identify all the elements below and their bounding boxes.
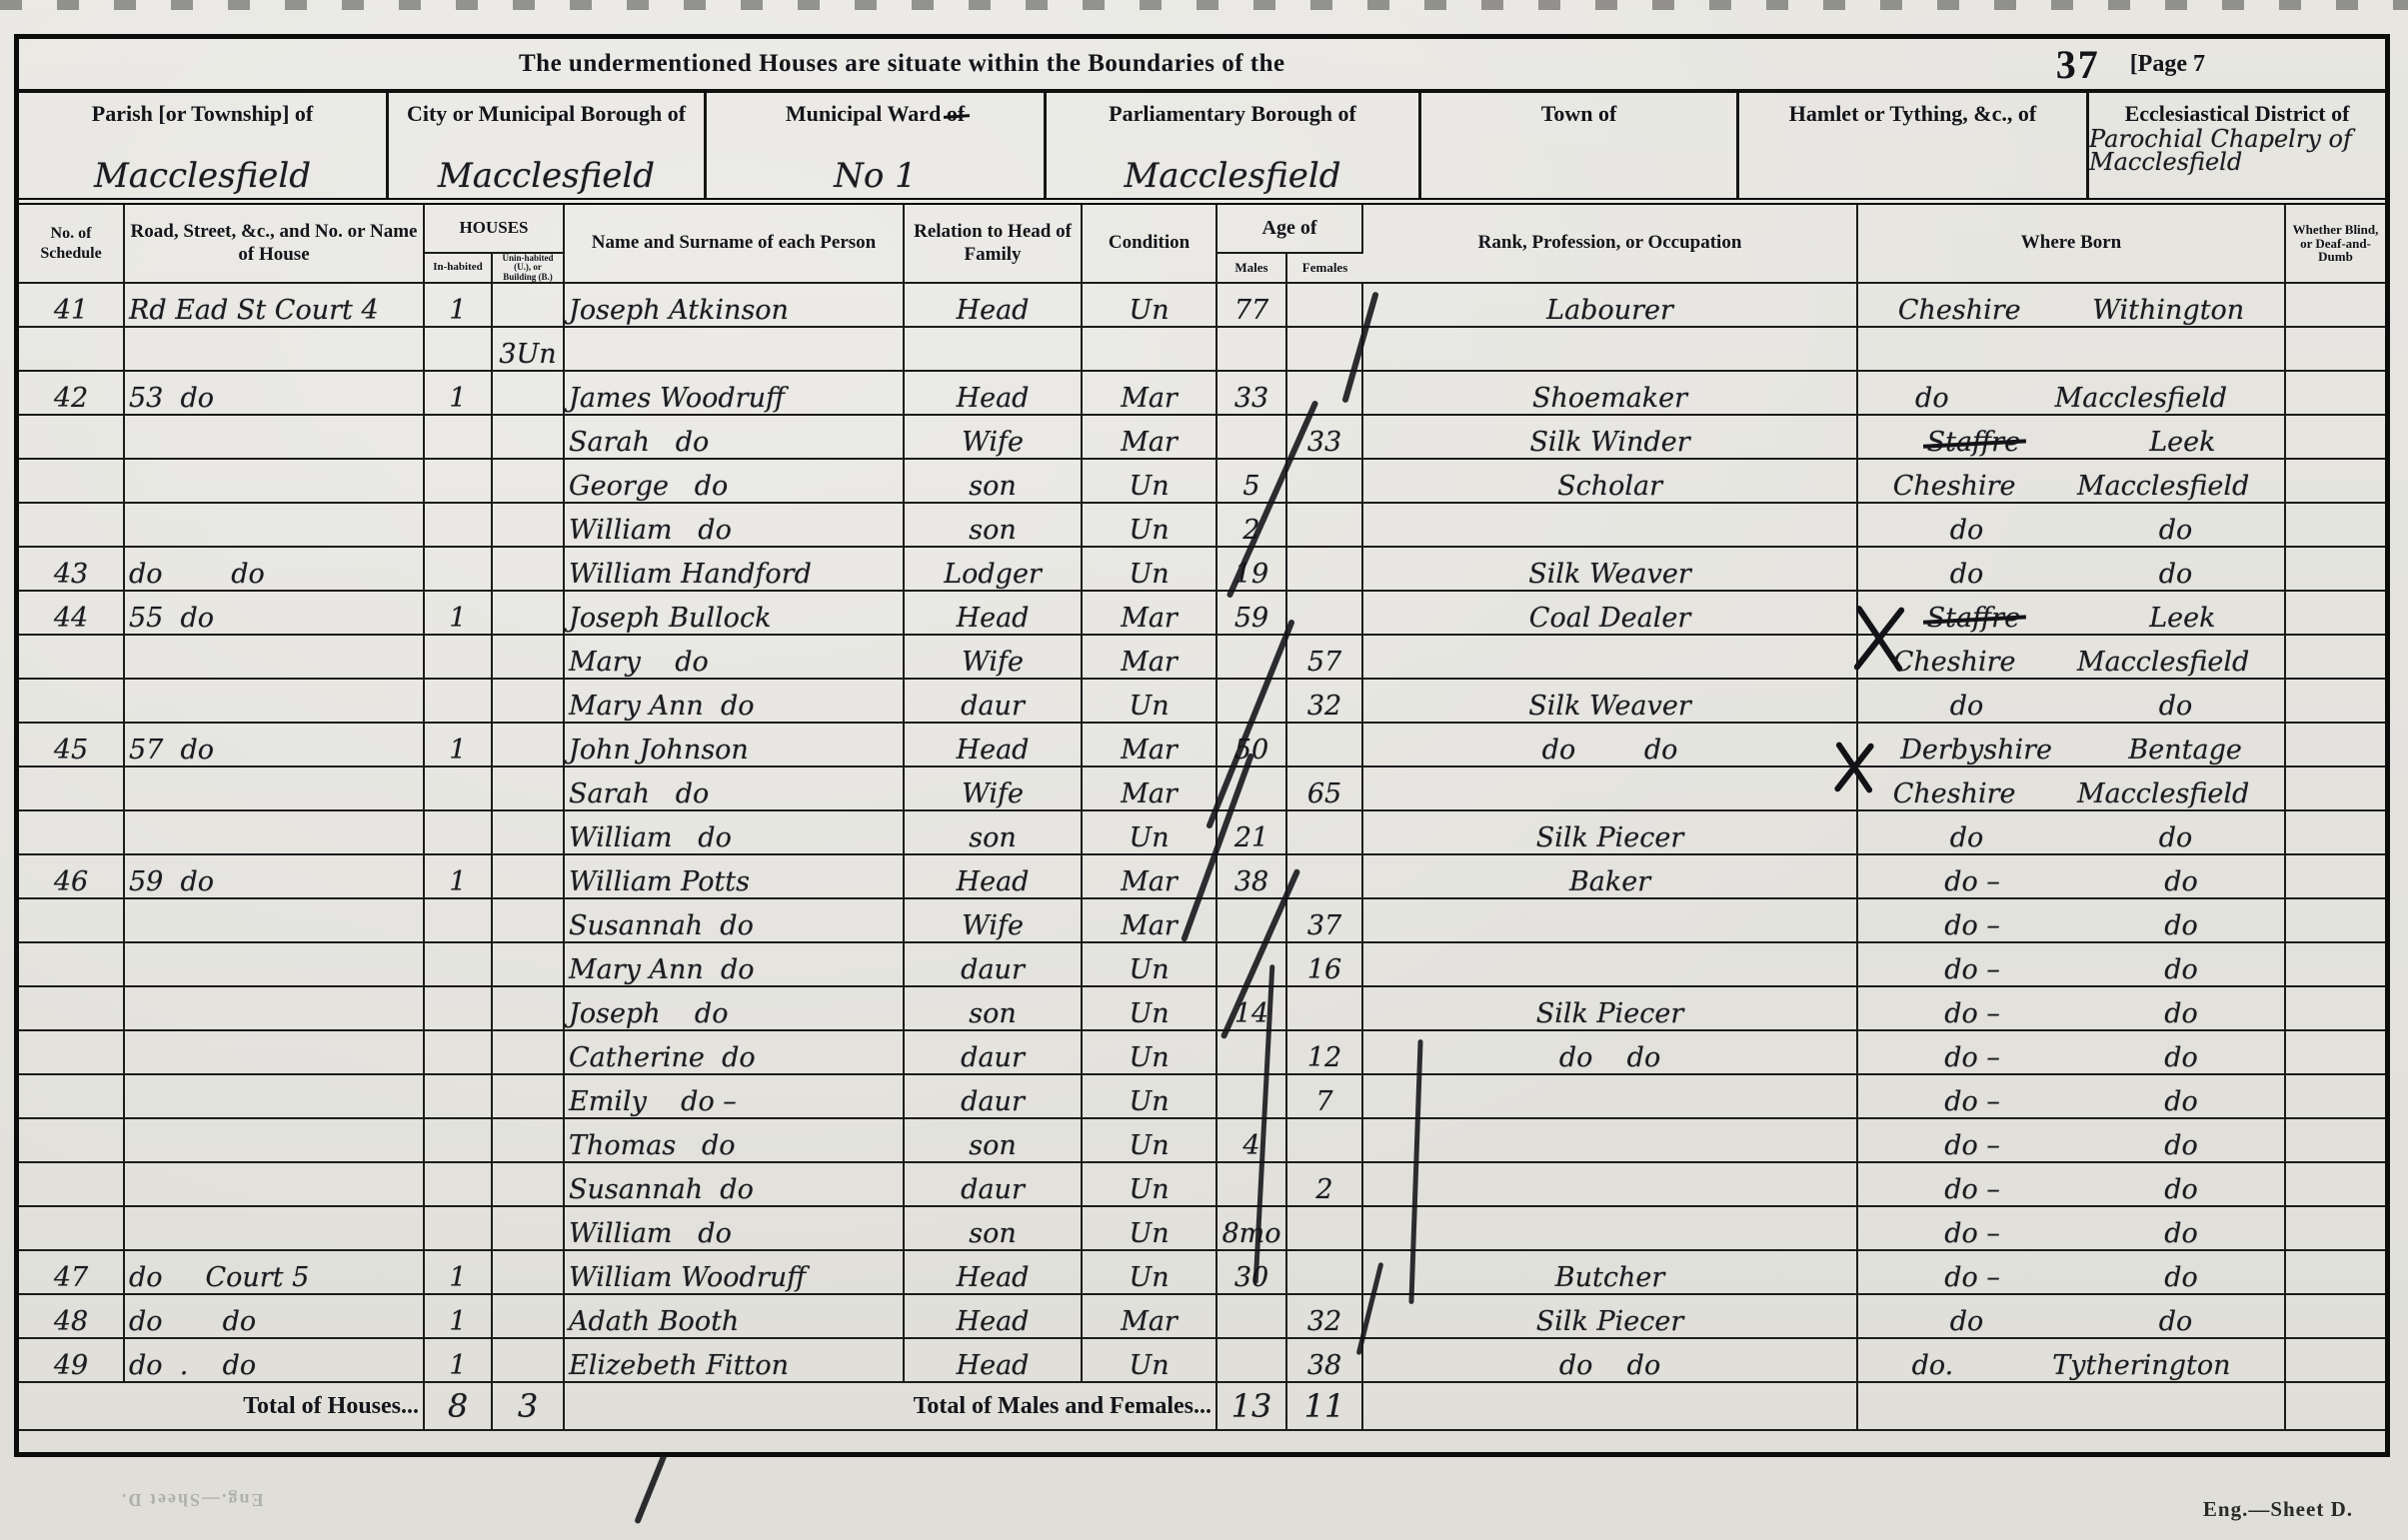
- cell-name: George do: [564, 459, 904, 503]
- census-record-row: 43 do do William Handford Lodger Un 19 S…: [19, 547, 2385, 591]
- cell-infirm: [2285, 1074, 2385, 1118]
- cell-road: 59 do: [124, 854, 424, 898]
- cell-age-female: [1286, 503, 1362, 547]
- cell-age-female: 2: [1286, 1162, 1362, 1206]
- cell-relation: daur: [904, 942, 1082, 986]
- cell-born: dodo: [1857, 1294, 2285, 1338]
- cell-name: John Johnson: [564, 723, 904, 767]
- census-record-row: Joseph do son Un 14 Silk Piecer do –do: [19, 986, 2385, 1030]
- cell-born: do –do: [1857, 1074, 2285, 1118]
- cell-road: 53 do: [124, 371, 424, 415]
- cell-age-male: 30: [1216, 1250, 1286, 1294]
- cell-occupation: do do: [1362, 723, 1857, 767]
- col-relation: Relation to Head of Family: [904, 205, 1082, 283]
- cell-name: Joseph Atkinson: [564, 283, 904, 327]
- cell-born-county: Derbyshire: [1900, 735, 2052, 766]
- cell-relation: Head: [904, 1294, 1082, 1338]
- census-record-row: Sarah do Wife Mar 33 Silk Winder Staffre…: [19, 415, 2385, 459]
- cell-born: StaffreLeek: [1857, 415, 2285, 459]
- cell-born-place: do: [2159, 515, 2193, 546]
- cell-road: [124, 459, 424, 503]
- cell-born: CheshireMacclesfield: [1857, 767, 2285, 810]
- total-blank-born: [1857, 1382, 2285, 1430]
- cell-age-male: 2: [1216, 503, 1286, 547]
- cell-inhabited: [424, 1074, 492, 1118]
- cell-born-county: do: [1950, 1306, 1984, 1337]
- cell-occupation: [1362, 1206, 1857, 1250]
- col-females: Females: [1286, 253, 1362, 283]
- total-uninhabited: 3: [492, 1382, 564, 1430]
- district-ecclesiastical: Ecclesiastical District of Parochial Cha…: [2089, 93, 2385, 198]
- cell-infirm: [2285, 459, 2385, 503]
- cell-born: do –do: [1857, 1206, 2285, 1250]
- cell-infirm: [2285, 371, 2385, 415]
- cell-name: Susannah do: [564, 898, 904, 942]
- cell-born-place: do: [2164, 954, 2198, 985]
- title-band: The undermentioned Houses are situate wi…: [19, 39, 2385, 93]
- cell-occupation: Silk Winder: [1362, 415, 1857, 459]
- cell-infirm: [2285, 1250, 2385, 1294]
- cell-age-female: 33: [1286, 415, 1362, 459]
- cell-uninhabited: [492, 898, 564, 942]
- cell-age-male: 5: [1216, 459, 1286, 503]
- cell-uninhabited: [492, 810, 564, 854]
- cell-age-male: [1216, 327, 1286, 371]
- cell-relation: daur: [904, 1030, 1082, 1074]
- cell-infirm: [2285, 327, 2385, 371]
- cell-age-male: [1216, 942, 1286, 986]
- cell-born-county: Cheshire: [1893, 778, 2016, 809]
- cell-road: [124, 986, 424, 1030]
- cell-road: [124, 1206, 424, 1250]
- cell-uninhabited: [492, 415, 564, 459]
- cell-born-place: do: [2159, 822, 2193, 853]
- cell-uninhabited: [492, 283, 564, 327]
- col-occupation: Rank, Profession, or Occupation: [1362, 205, 1857, 283]
- cell-name: Catherine do: [564, 1030, 904, 1074]
- district-ward-value: No 1: [834, 156, 917, 196]
- cell-infirm: [2285, 1162, 2385, 1206]
- total-blank-occupation: [1362, 1382, 1857, 1430]
- census-record-row: 3Un: [19, 327, 2385, 371]
- cell-road: [124, 503, 424, 547]
- cell-infirm: [2285, 635, 2385, 679]
- cell-born: dodo: [1857, 810, 2285, 854]
- col-condition: Condition: [1082, 205, 1216, 283]
- cell-born-county: do –: [1944, 1262, 2000, 1293]
- cell-born-county: do –: [1944, 910, 2000, 941]
- cell-relation: Wife: [904, 635, 1082, 679]
- cell-schedule: [19, 415, 124, 459]
- cell-born-county: do: [1915, 383, 1949, 414]
- struck-of: of: [947, 101, 965, 126]
- cell-name: [564, 327, 904, 371]
- district-borough-label: City or Municipal Borough of: [407, 101, 686, 126]
- cell-condition: Un: [1082, 1206, 1216, 1250]
- cell-name: William do: [564, 1206, 904, 1250]
- cell-born: DerbyshireBentage: [1857, 723, 2285, 767]
- census-record-row: Catherine do daur Un 12 do do do –do: [19, 1030, 2385, 1074]
- cell-schedule: [19, 1030, 124, 1074]
- cell-born: do –do: [1857, 1030, 2285, 1074]
- cell-uninhabited: [492, 1030, 564, 1074]
- cell-born: doMacclesfield: [1857, 371, 2285, 415]
- cell-occupation: [1362, 503, 1857, 547]
- cell-born-place: Macclesfield: [2055, 383, 2227, 414]
- cell-occupation: Silk Piecer: [1362, 986, 1857, 1030]
- cell-uninhabited: [492, 591, 564, 635]
- cell-condition: Mar: [1082, 767, 1216, 810]
- cell-infirm: [2285, 547, 2385, 591]
- cell-occupation: [1362, 767, 1857, 810]
- cell-uninhabited: [492, 1206, 564, 1250]
- cell-road: [124, 635, 424, 679]
- cell-occupation: do do: [1362, 1338, 1857, 1382]
- cell-born-place: Leek: [2149, 603, 2215, 634]
- totals-row: Total of Houses... 8 3 Total of Males an…: [19, 1382, 2385, 1430]
- cell-relation: Head: [904, 854, 1082, 898]
- cell-road: do Court 5: [124, 1250, 424, 1294]
- cell-condition: Mar: [1082, 854, 1216, 898]
- cell-age-female: [1286, 459, 1362, 503]
- cell-age-female: [1286, 810, 1362, 854]
- cell-schedule: [19, 635, 124, 679]
- cell-road: [124, 327, 424, 371]
- cell-age-female: [1286, 1118, 1362, 1162]
- cell-born-place: Macclesfield: [2077, 647, 2249, 678]
- district-parliamentary-label: Parliamentary Borough of: [1109, 101, 1356, 126]
- cell-born-place: Macclesfield: [2077, 778, 2249, 809]
- cell-born-county: Cheshire: [1898, 295, 2021, 326]
- cell-occupation: Shoemaker: [1362, 371, 1857, 415]
- district-parish-label: Parish [or Township] of: [92, 101, 313, 126]
- cell-condition: Mar: [1082, 898, 1216, 942]
- cell-schedule: [19, 986, 124, 1030]
- cell-schedule: 48: [19, 1294, 124, 1338]
- cell-schedule: 44: [19, 591, 124, 635]
- cell-born-county: do –: [1944, 1086, 2000, 1117]
- district-header-row: Parish [or Township] of Macclesfield Cit…: [19, 93, 2385, 205]
- cell-uninhabited: [492, 723, 564, 767]
- col-schedule: No. of Schedule: [19, 205, 124, 283]
- census-record-row: Thomas do son Un 4 do –do: [19, 1118, 2385, 1162]
- cell-born-county: do –: [1944, 998, 2000, 1029]
- cell-infirm: [2285, 1206, 2385, 1250]
- cell-born-place: Withington: [2092, 295, 2244, 326]
- cell-name: William Woodruff: [564, 1250, 904, 1294]
- district-ward: Municipal Ward of No 1: [707, 93, 1047, 198]
- cell-schedule: [19, 503, 124, 547]
- cell-relation: son: [904, 1118, 1082, 1162]
- cell-age-female: 57: [1286, 635, 1362, 679]
- cell-inhabited: 1: [424, 591, 492, 635]
- cell-name: Mary Ann do: [564, 679, 904, 723]
- cell-relation: Head: [904, 371, 1082, 415]
- cell-schedule: 47: [19, 1250, 124, 1294]
- total-males: 13: [1216, 1382, 1286, 1430]
- cell-born: dodo: [1857, 679, 2285, 723]
- cell-uninhabited: 3Un: [492, 327, 564, 371]
- cell-condition: Un: [1082, 1338, 1216, 1382]
- cell-born-county: do –: [1944, 1218, 2000, 1249]
- cell-born-place: do: [2164, 1130, 2198, 1161]
- cell-age-female: 37: [1286, 898, 1362, 942]
- census-record-row: Mary do Wife Mar 57 CheshireMacclesfield: [19, 635, 2385, 679]
- cell-relation: Head: [904, 1250, 1082, 1294]
- cell-uninhabited: [492, 1250, 564, 1294]
- cell-condition: Mar: [1082, 1294, 1216, 1338]
- cell-inhabited: [424, 679, 492, 723]
- cell-uninhabited: [492, 679, 564, 723]
- cell-condition: Un: [1082, 1250, 1216, 1294]
- cell-inhabited: [424, 459, 492, 503]
- cell-name: Emily do –: [564, 1074, 904, 1118]
- cell-relation: son: [904, 459, 1082, 503]
- page-number-label: [Page 7: [2130, 51, 2205, 78]
- cell-born-county: do –: [1944, 1042, 2000, 1073]
- col-name: Name and Surname of each Person: [564, 205, 904, 283]
- cell-born: dodo: [1857, 547, 2285, 591]
- cell-born-place: do: [2164, 866, 2198, 897]
- census-record-row: 46 59 do 1 William Potts Head Mar 38 Bak…: [19, 854, 2385, 898]
- district-borough-value: Macclesfield: [438, 156, 655, 196]
- cell-condition: Mar: [1082, 591, 1216, 635]
- cell-inhabited: 1: [424, 1250, 492, 1294]
- cell-occupation: Silk Piecer: [1362, 810, 1857, 854]
- district-parish-value: Macclesfield: [94, 156, 311, 196]
- cell-name: Sarah do: [564, 415, 904, 459]
- cell-uninhabited: [492, 459, 564, 503]
- cell-relation: Head: [904, 723, 1082, 767]
- cell-infirm: [2285, 283, 2385, 327]
- cell-condition: Un: [1082, 283, 1216, 327]
- district-town: Town of: [1421, 93, 1739, 198]
- cell-age-female: 65: [1286, 767, 1362, 810]
- cell-age-male: 38: [1216, 854, 1286, 898]
- cell-road: [124, 1162, 424, 1206]
- cell-born: StaffreLeek: [1857, 591, 2285, 635]
- cell-condition: Mar: [1082, 635, 1216, 679]
- total-blank-infirm: [2285, 1382, 2385, 1430]
- cell-uninhabited: [492, 1294, 564, 1338]
- cell-relation: Head: [904, 1338, 1082, 1382]
- district-borough: City or Municipal Borough of Macclesfiel…: [389, 93, 707, 198]
- cell-age-female: 38: [1286, 1338, 1362, 1382]
- cell-relation: daur: [904, 1074, 1082, 1118]
- cell-born-county: do –: [1944, 866, 2000, 897]
- cell-relation: son: [904, 503, 1082, 547]
- cell-inhabited: 1: [424, 371, 492, 415]
- cell-born-place: do: [2164, 1174, 2198, 1205]
- cell-road: [124, 767, 424, 810]
- cell-age-male: [1216, 1162, 1286, 1206]
- cell-condition: [1082, 327, 1216, 371]
- cell-schedule: [19, 810, 124, 854]
- cell-infirm: [2285, 767, 2385, 810]
- cell-born-place: do: [2164, 1086, 2198, 1117]
- cell-road: [124, 1030, 424, 1074]
- cell-road: [124, 1074, 424, 1118]
- cell-age-male: 50: [1216, 723, 1286, 767]
- cell-age-female: [1286, 591, 1362, 635]
- cell-uninhabited: [492, 986, 564, 1030]
- cell-occupation: [1362, 1162, 1857, 1206]
- page-title: The undermentioned Houses are situate wi…: [519, 50, 1285, 78]
- cell-schedule: [19, 1162, 124, 1206]
- cell-uninhabited: [492, 371, 564, 415]
- cell-road: Rd Ead St Court 4: [124, 283, 424, 327]
- cell-inhabited: [424, 986, 492, 1030]
- cell-born: CheshireMacclesfield: [1857, 459, 2285, 503]
- cell-inhabited: [424, 898, 492, 942]
- cell-uninhabited: [492, 942, 564, 986]
- cell-occupation: Silk Weaver: [1362, 547, 1857, 591]
- cell-relation: son: [904, 1206, 1082, 1250]
- census-record-row: William do son Un 2 dodo: [19, 503, 2385, 547]
- cell-born-place: do: [2164, 1218, 2198, 1249]
- cell-road: 57 do: [124, 723, 424, 767]
- census-rows: 41 Rd Ead St Court 4 1 Joseph Atkinson H…: [19, 283, 2385, 1382]
- cell-born-county: Staffre: [1927, 427, 2020, 458]
- cell-born-place: Bentage: [2128, 735, 2241, 766]
- cell-age-female: 32: [1286, 679, 1362, 723]
- col-infirm: Whether Blind, or Deaf-and-Dumb: [2285, 205, 2385, 283]
- cell-road: do do: [124, 547, 424, 591]
- cell-inhabited: [424, 415, 492, 459]
- col-uninhabited: Unin-habited (U.), or Building (B.): [492, 253, 564, 283]
- cell-uninhabited: [492, 1338, 564, 1382]
- cell-schedule: [19, 942, 124, 986]
- cell-name: William Handford: [564, 547, 904, 591]
- cell-age-female: [1286, 283, 1362, 327]
- cell-schedule: [19, 898, 124, 942]
- cell-age-male: 77: [1216, 283, 1286, 327]
- cell-schedule: [19, 1206, 124, 1250]
- district-hamlet: Hamlet or Tything, &c., of: [1739, 93, 2089, 198]
- cell-schedule: [19, 327, 124, 371]
- cell-uninhabited: [492, 1118, 564, 1162]
- cell-age-female: [1286, 371, 1362, 415]
- cell-name: Joseph Bullock: [564, 591, 904, 635]
- cell-age-female: [1286, 854, 1362, 898]
- cell-born-place: do: [2164, 910, 2198, 941]
- cell-occupation: Baker: [1362, 854, 1857, 898]
- cell-born-county: do: [1950, 559, 1984, 590]
- cell-occupation: Butcher: [1362, 1250, 1857, 1294]
- census-record-row: Susannah do Wife Mar 37 do –do: [19, 898, 2385, 942]
- cell-born-county: Cheshire: [1893, 471, 2016, 502]
- census-page-frame: The undermentioned Houses are situate wi…: [14, 34, 2390, 1457]
- cell-infirm: [2285, 1294, 2385, 1338]
- cell-name: Elizebeth Fitton: [564, 1338, 904, 1382]
- cell-occupation: do do: [1362, 1030, 1857, 1074]
- total-inhabited: 8: [424, 1382, 492, 1430]
- census-record-row: 42 53 do 1 James Woodruff Head Mar 33 Sh…: [19, 371, 2385, 415]
- cell-condition: Un: [1082, 986, 1216, 1030]
- cell-inhabited: [424, 327, 492, 371]
- cell-age-male: [1216, 1294, 1286, 1338]
- cell-condition: Mar: [1082, 371, 1216, 415]
- cell-inhabited: [424, 635, 492, 679]
- cell-infirm: [2285, 591, 2385, 635]
- cell-schedule: [19, 767, 124, 810]
- cell-inhabited: 1: [424, 854, 492, 898]
- census-record-row: 44 55 do 1 Joseph Bullock Head Mar 59 Co…: [19, 591, 2385, 635]
- cell-condition: Un: [1082, 1030, 1216, 1074]
- cell-inhabited: 1: [424, 723, 492, 767]
- col-born: Where Born: [1857, 205, 2285, 283]
- census-record-row: Emily do – daur Un 7 do –do: [19, 1074, 2385, 1118]
- cell-condition: Un: [1082, 459, 1216, 503]
- census-record-row: Susannah do daur Un 2 do –do: [19, 1162, 2385, 1206]
- cell-condition: Mar: [1082, 415, 1216, 459]
- cell-uninhabited: [492, 635, 564, 679]
- cell-born-place: do: [2159, 1306, 2193, 1337]
- cell-age-male: 14: [1216, 986, 1286, 1030]
- cell-born-county: Staffre: [1927, 603, 2020, 634]
- cell-schedule: 46: [19, 854, 124, 898]
- col-inhabited: In-habited: [424, 253, 492, 283]
- col-road: Road, Street, &c., and No. or Name of Ho…: [124, 205, 424, 283]
- cell-born: do –do: [1857, 898, 2285, 942]
- cell-born: do –do: [1857, 1162, 2285, 1206]
- cell-infirm: [2285, 898, 2385, 942]
- cell-infirm: [2285, 1030, 2385, 1074]
- cell-born-place: do: [2164, 1262, 2198, 1293]
- cell-road: [124, 942, 424, 986]
- cell-relation: daur: [904, 679, 1082, 723]
- total-houses-label: Total of Houses...: [19, 1382, 424, 1430]
- cell-road: [124, 415, 424, 459]
- cell-relation: daur: [904, 1162, 1082, 1206]
- cell-occupation: [1362, 1074, 1857, 1118]
- cell-born: CheshireWithington: [1857, 283, 2285, 327]
- cell-name: William do: [564, 810, 904, 854]
- cell-inhabited: [424, 503, 492, 547]
- cell-born-place: do: [2159, 559, 2193, 590]
- cell-name: James Woodruff: [564, 371, 904, 415]
- census-record-row: 45 57 do 1 John Johnson Head Mar 50 do d…: [19, 723, 2385, 767]
- cell-uninhabited: [492, 503, 564, 547]
- cell-inhabited: [424, 810, 492, 854]
- cell-age-male: [1216, 415, 1286, 459]
- district-hamlet-label: Hamlet or Tything, &c., of: [1789, 101, 2036, 126]
- cell-schedule: 41: [19, 283, 124, 327]
- cell-occupation: [1362, 1118, 1857, 1162]
- col-males: Males: [1216, 253, 1286, 283]
- census-record-row: Sarah do Wife Mar 65 CheshireMacclesfiel…: [19, 767, 2385, 810]
- cell-condition: Un: [1082, 942, 1216, 986]
- cell-infirm: [2285, 723, 2385, 767]
- cell-name: Thomas do: [564, 1118, 904, 1162]
- census-record-row: William do son Un 8mo do –do: [19, 1206, 2385, 1250]
- cell-inhabited: [424, 767, 492, 810]
- cell-uninhabited: [492, 854, 564, 898]
- cell-relation: Head: [904, 591, 1082, 635]
- cell-infirm: [2285, 854, 2385, 898]
- cell-age-male: [1216, 767, 1286, 810]
- cell-inhabited: 1: [424, 1338, 492, 1382]
- census-record-row: 48 do do 1 Adath Booth Head Mar 32 Silk …: [19, 1294, 2385, 1338]
- cell-condition: Un: [1082, 1074, 1216, 1118]
- col-houses-group: HOUSES: [424, 205, 564, 253]
- census-table: No. of Schedule Road, Street, &c., and N…: [19, 205, 2385, 1431]
- cell-age-female: 32: [1286, 1294, 1362, 1338]
- cell-born-place: do: [2164, 1042, 2198, 1073]
- cell-occupation: Coal Dealer: [1362, 591, 1857, 635]
- census-record-row: 49 do . do 1 Elizebeth Fitton Head Un 38…: [19, 1338, 2385, 1382]
- cell-born-place: Leek: [2149, 427, 2215, 458]
